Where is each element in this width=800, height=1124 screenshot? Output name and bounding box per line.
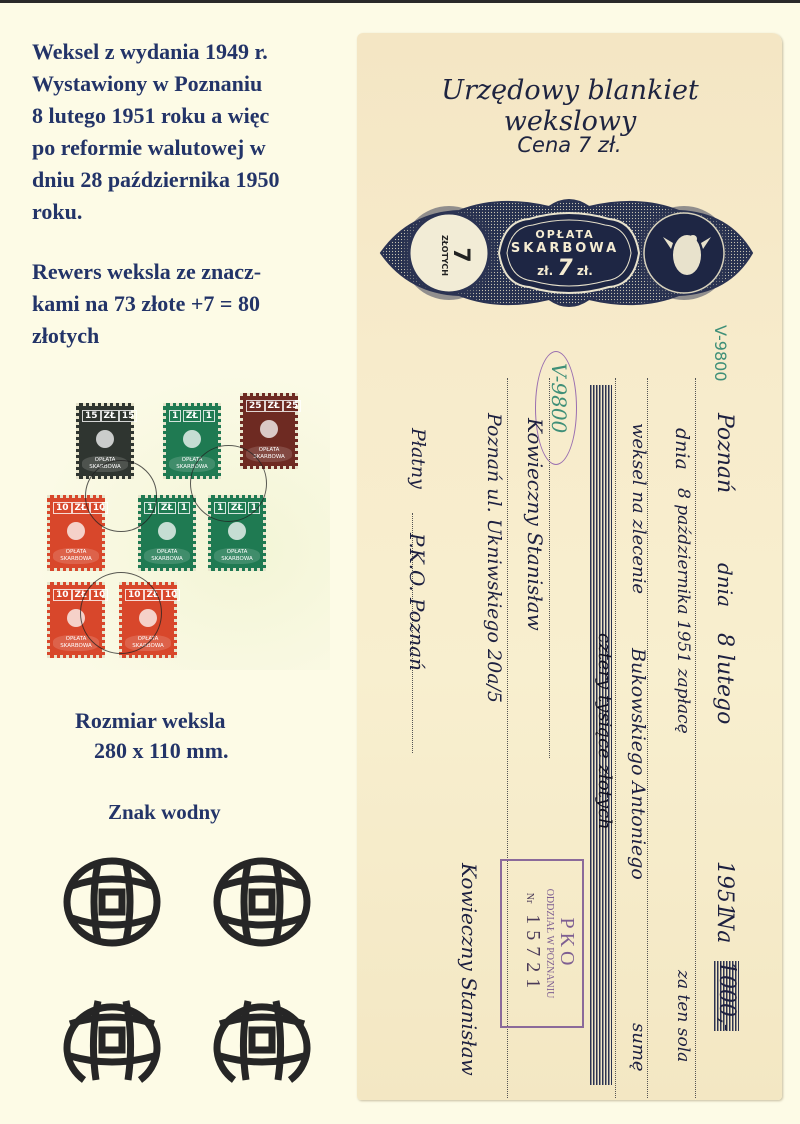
- watermark-cut-icon: [212, 994, 312, 1086]
- field-line3-prefix: weksel na zlecenie: [628, 423, 649, 594]
- field-line2-prefix: dnia: [671, 428, 693, 470]
- size-title: Rozmiar weksla: [75, 708, 226, 734]
- postmark: [85, 460, 157, 532]
- field-amount-words: cztery tysiące złotych: [594, 633, 615, 830]
- field-date-label: dnia: [713, 563, 737, 607]
- field-date-value: 8 lutego: [712, 633, 737, 724]
- line-1-dots: [695, 378, 696, 1098]
- revenue-stamps: 15ZŁ15OPŁATA SKARBOWA1ZŁ1OPŁATA SKARBOWA…: [30, 370, 330, 670]
- field-drawee-name: Kowieczny Stanisław: [523, 418, 547, 631]
- line-3-dots: [615, 378, 616, 1098]
- watermark-full-icon: [212, 856, 312, 948]
- field-payable-value: P.K.O. Poznań: [405, 533, 429, 671]
- field-line3-suffix: sumę: [628, 1023, 649, 1072]
- field-place: Poznań: [712, 413, 737, 493]
- field-line3-value: Bukowskiego Antoniego: [627, 648, 649, 880]
- eagle-icon: [96, 430, 114, 448]
- line-5-dots: [549, 378, 550, 758]
- field-line2-suffix: za ten sola: [673, 970, 693, 1062]
- watermark-title: Znak wodny: [108, 800, 221, 825]
- eagle-icon: [158, 522, 176, 540]
- description: Weksel z wydania 1949 r. Wystawiony w Po…: [32, 36, 352, 352]
- margin-note: V-9800: [711, 325, 730, 382]
- watermark-full-icon: [62, 856, 162, 948]
- bill-of-exchange: Urzędowy blankiet wekslowy Cena 7 zł.: [357, 33, 782, 1100]
- field-line2-value: 8 października 1951 zapłacę: [673, 488, 693, 734]
- fee-stamp-denomination: 7 ZŁOTYCH: [427, 235, 471, 275]
- signature: Kowieczny Stanisław: [457, 863, 481, 1076]
- document-price: Cena 7 zł.: [357, 133, 782, 157]
- fee-stamp: 7 ZŁOTYCH OPŁATA SKARBOWA zł. 7 zł.: [379, 193, 754, 313]
- size-value: 280 x 110 mm.: [94, 738, 228, 764]
- eagle-icon: [183, 430, 201, 448]
- pko-stamp: PKO ODDZIAŁ W POZNANIU Nr 15721: [500, 859, 584, 1028]
- oval-stamp-number: V-9800: [547, 363, 571, 433]
- field-amount-label: Na: [712, 911, 737, 943]
- eagle-icon: [228, 522, 246, 540]
- field-payable-label: Płatny: [407, 428, 429, 489]
- eagle-icon: [67, 522, 85, 540]
- field-amount-value: 1000,-: [714, 961, 739, 1031]
- fee-stamp-text: OPŁATA SKARBOWA zł. 7 zł.: [501, 228, 629, 281]
- watermark-cut-icon: [62, 994, 162, 1086]
- left-panel: Weksel z wydania 1949 r. Wystawiony w Po…: [0, 0, 350, 1124]
- description-issue: Weksel z wydania 1949 r. Wystawiony w Po…: [32, 36, 352, 228]
- postmark: [80, 572, 162, 654]
- postmark: [190, 445, 267, 522]
- field-year: 1951: [712, 861, 737, 917]
- eagle-icon: [260, 420, 278, 438]
- description-reverse: Rewers weksla ze znacz- kami na 73 złote…: [32, 256, 352, 352]
- document-title: Urzędowy blankiet wekslowy: [375, 75, 765, 137]
- field-drawee-address: Poznań ul. Ukniwskiego 20a/5: [483, 413, 505, 703]
